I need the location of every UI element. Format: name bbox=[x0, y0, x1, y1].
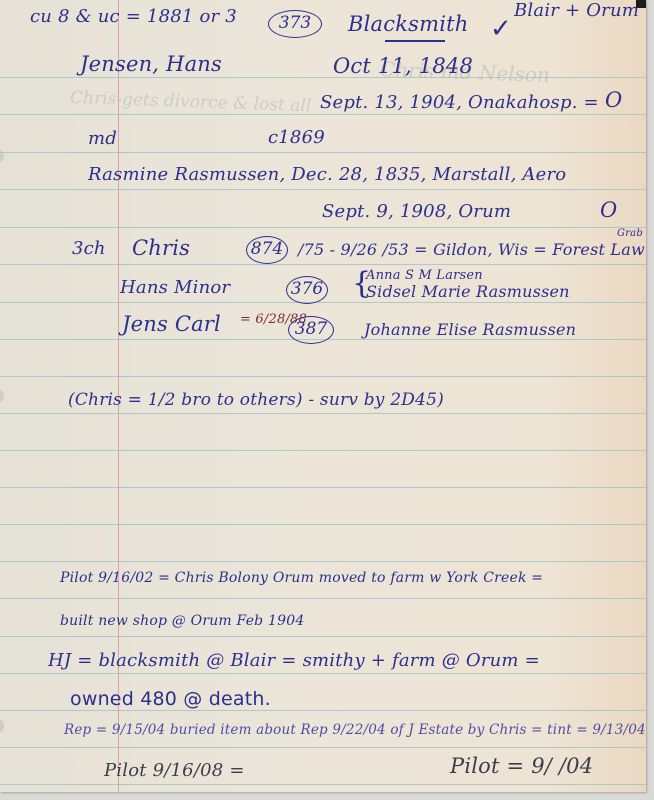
hj-note-line-1: HJ = blacksmith @ Blair = smithy + farm … bbox=[48, 650, 540, 671]
marriage-label: md bbox=[88, 128, 117, 149]
pilot-note-line-2: built new shop @ Orum Feb 1904 bbox=[60, 613, 304, 629]
ruled-line bbox=[0, 710, 646, 711]
ruled-line bbox=[0, 561, 646, 562]
children-label: 3ch bbox=[72, 238, 106, 259]
subject-name: Jensen, Hans bbox=[80, 52, 222, 76]
ruled-line bbox=[0, 264, 646, 265]
child-id-circle: 387 bbox=[288, 316, 334, 344]
child-name-hans-minor: Hans Minor bbox=[120, 277, 230, 298]
ruled-line bbox=[0, 784, 646, 785]
ruled-line bbox=[0, 673, 646, 674]
occupation: Blacksmith bbox=[348, 12, 469, 36]
ruled-line bbox=[0, 598, 646, 599]
bleed-through-text: Chris-gets divorce & lost all bbox=[70, 88, 312, 116]
spouse-death-mark: O bbox=[600, 198, 617, 222]
ruled-line bbox=[0, 152, 646, 153]
pilot-note-line-1: Pilot 9/16/02 = Chris Bolony Orum moved … bbox=[60, 570, 543, 586]
checkmark-icon: ✓ bbox=[490, 14, 512, 44]
ruled-line bbox=[0, 114, 646, 115]
footer-pilot-right: Pilot = 9/ /04 bbox=[450, 754, 593, 778]
ruled-line bbox=[0, 227, 646, 228]
spouse-death: Sept. 9, 1908, Orum bbox=[322, 201, 511, 222]
ruled-paper-page: Chris md Nelson Chris-gets divorce & los… bbox=[0, 0, 646, 792]
ruled-line bbox=[0, 413, 646, 414]
id-circle: 373 bbox=[268, 10, 322, 38]
ruled-line bbox=[0, 376, 646, 377]
ruled-line bbox=[0, 636, 646, 637]
id-number: 373 bbox=[279, 13, 311, 33]
child-superscript: Grab bbox=[617, 228, 643, 239]
child-spouse-line-1: Anna S M Larsen bbox=[366, 268, 483, 283]
subject-birth: Oct 11, 1848 bbox=[333, 54, 473, 78]
census-note: cu 8 & uc = 1881 or 3 bbox=[30, 6, 237, 27]
footer-pilot-left: Pilot 9/16/08 = bbox=[104, 760, 245, 781]
subject-death: Sept. 13, 1904, Onakahosp. = bbox=[320, 92, 599, 113]
ruled-line bbox=[0, 524, 646, 525]
rep-note: Rep = 9/15/04 buried item about Rep 9/22… bbox=[64, 722, 646, 738]
binder-hole bbox=[0, 390, 4, 402]
death-mark: O bbox=[605, 88, 622, 112]
half-brother-note: (Chris = 1/2 bro to others) - surv by 2D… bbox=[68, 390, 444, 410]
child-details: /75 - 9/26 /53 = Gildon, Wis = Forest La… bbox=[298, 240, 646, 259]
occupation-underline bbox=[385, 40, 445, 42]
child-id-circle: 376 bbox=[286, 276, 328, 304]
child-id: 376 bbox=[291, 279, 323, 299]
child-name-jens-carl: Jens Carl bbox=[122, 312, 221, 336]
child-name-chris: Chris bbox=[132, 236, 190, 260]
hj-note-line-2: owned 480 @ death. bbox=[70, 688, 271, 710]
child-id-circle: 874 bbox=[246, 236, 288, 264]
spouse-name-birth: Rasmine Rasmussen, Dec. 28, 1835, Marsta… bbox=[88, 164, 566, 185]
ruled-line bbox=[0, 487, 646, 488]
child-spouse: Johanne Elise Rasmussen bbox=[364, 320, 576, 339]
binder-hole bbox=[0, 720, 4, 732]
ruled-line bbox=[0, 450, 646, 451]
ruled-line bbox=[0, 189, 646, 190]
child-id: 387 bbox=[295, 319, 327, 339]
location-note: Blair + Orum bbox=[514, 0, 639, 21]
marriage-date: c1869 bbox=[268, 127, 325, 148]
ruled-line bbox=[0, 302, 646, 303]
child-id: 874 bbox=[251, 239, 283, 259]
child-spouse-line-2: Sidsel Marie Rasmussen bbox=[366, 282, 570, 301]
ruled-line bbox=[0, 747, 646, 748]
